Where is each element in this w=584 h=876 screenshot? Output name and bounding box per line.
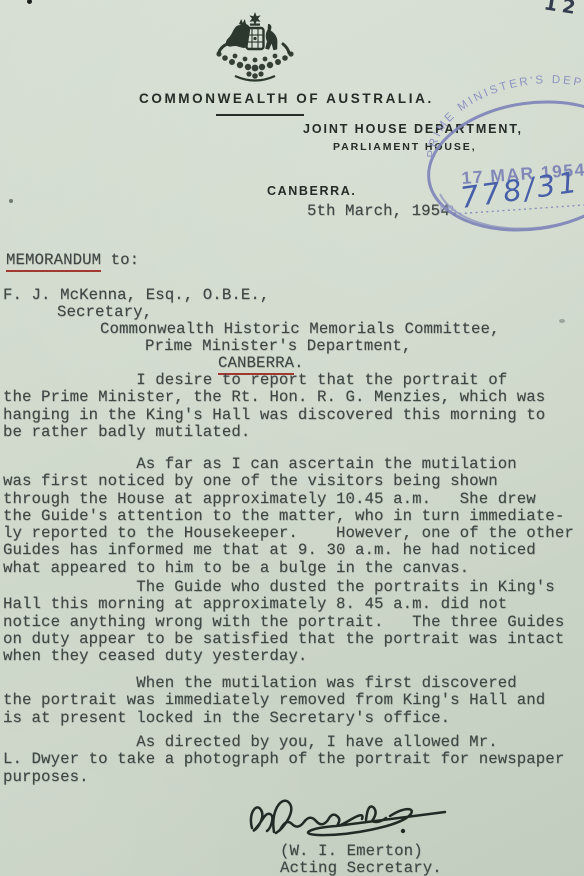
coat-of-arms-australia-icon	[205, 12, 305, 86]
addressee-city-period: .	[294, 354, 304, 372]
memorandum-document: 12	[0, 0, 584, 876]
addressee-committee: Commonwealth Historic Memorials Committe…	[100, 321, 500, 338]
memo-heading-suffix: to:	[101, 251, 139, 269]
addressee-name: F. J. McKenna, Esq., O.B.E.,	[3, 287, 269, 304]
letterhead-divider	[216, 114, 304, 116]
addressee-department: Prime Minister's Department,	[145, 338, 411, 355]
letterhead-city: CANBERRA.	[267, 184, 356, 198]
received-date-stamp: PRIME MINISTER'S DEPT 17 MAR 1954 No. 77…	[410, 92, 584, 252]
ink-speck	[559, 319, 565, 323]
signature-ink	[240, 788, 450, 848]
ink-speck	[27, 0, 32, 4]
body-paragraph-4: When the mutilation was first discovered…	[3, 675, 545, 727]
addressee-city: CANBERRA.	[218, 355, 304, 372]
stamp-arc-text: PRIME MINISTER'S DEPT	[426, 74, 584, 158]
body-paragraph-1: I desire to report that the portrait of …	[3, 372, 545, 441]
body-paragraph-2: As far as I can ascertain the mutilation…	[3, 456, 574, 577]
ink-speck	[9, 199, 13, 203]
body-paragraph-3: The Guide who dusted the portraits in Ki…	[3, 579, 564, 665]
signatory-title: Acting Secretary.	[280, 860, 442, 876]
handwritten-page-number: 12	[542, 0, 581, 20]
addressee-role: Secretary,	[57, 304, 152, 321]
memo-heading: MEMORANDUM to:	[6, 252, 139, 269]
body-paragraph-5: As directed by you, I have allowed Mr. L…	[3, 734, 564, 786]
stamp-number-label: No.	[439, 202, 457, 215]
signatory-typed-name: (W. I. Emerton)	[280, 843, 423, 860]
memo-heading-word: MEMORANDUM	[6, 251, 101, 272]
letterhead-org: COMMONWEALTH OF AUSTRALIA.	[139, 91, 434, 106]
